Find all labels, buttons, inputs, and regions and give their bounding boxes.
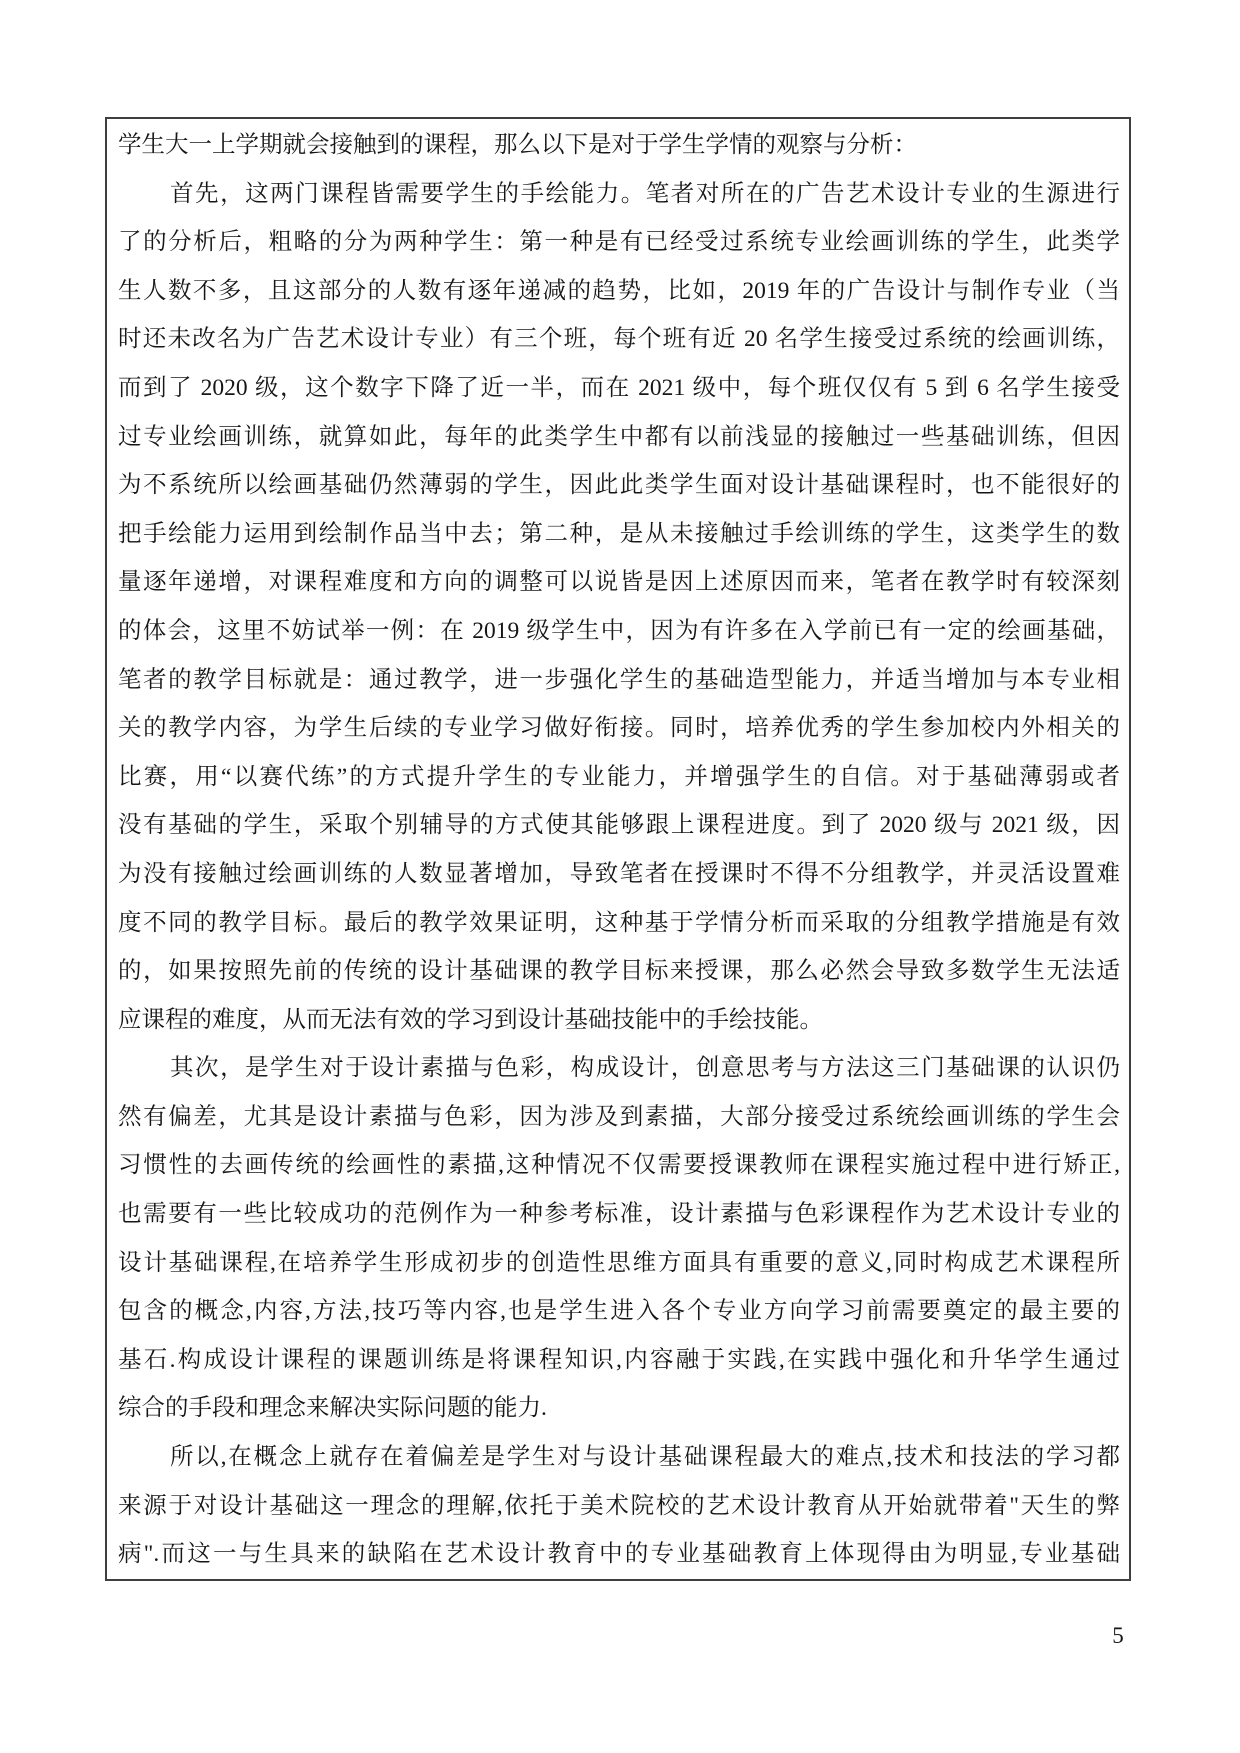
text-line: 了的分析后，粗略的分为两种学生：第一种是有已经受过系统专业绘画训练的学生，此类学	[118, 218, 1120, 267]
text-line: 的体会，这里不妨试举一例：在 2019 级学生中，因为有许多在入学前已有一定的绘…	[118, 607, 1120, 656]
text-line: 为不系统所以绘画基础仍然薄弱的学生，因此此类学生面对设计基础课程时，也不能很好的	[118, 461, 1120, 510]
content-border-box: 学生大一上学期就会接触到的课程，那么以下是对于学生学情的观察与分析：首先，这两门…	[105, 117, 1131, 1581]
text-line: 度不同的教学目标。最后的教学效果证明，这种基于学情分析而采取的分组教学措施是有效	[118, 899, 1120, 948]
text-line: 没有基础的学生，采取个别辅导的方式使其能够跟上课程进度。到了 2020 级与 2…	[118, 801, 1120, 850]
text-line: 习惯性的去画传统的绘画性的素描,这种情况不仅需要授课教师在课程实施过程中进行矫正…	[118, 1141, 1120, 1190]
text-line: 然有偏差，尤其是设计素描与色彩，因为涉及到素描，大部分接受过系统绘画训练的学生会	[118, 1093, 1120, 1142]
text-line: 来源于对设计基础这一理念的理解,依托于美术院校的艺术设计教育从开始就带着"天生的…	[118, 1482, 1120, 1531]
text-line: 基石.构成设计课程的课题训练是将课程知识,内容融于实践,在实践中强化和升华学生通…	[118, 1336, 1120, 1385]
text-line: 所以,在概念上就存在着偏差是学生对与设计基础课程最大的难点,技术和技法的学习都	[118, 1433, 1120, 1482]
text-line: 而到了 2020 级，这个数字下降了近一半，而在 2021 级中，每个班仅仅有 …	[118, 364, 1120, 413]
text-line: 其次，是学生对于设计素描与色彩，构成设计，创意思考与方法这三门基础课的认识仍	[118, 1044, 1120, 1093]
text-line: 量逐年递增，对课程难度和方向的调整可以说皆是因上述原因而来，笔者在教学时有较深刻	[118, 558, 1120, 607]
text-line: 生人数不多，且这部分的人数有逐年递减的趋势，比如，2019 年的广告设计与制作专…	[118, 267, 1120, 316]
text-line: 首先，这两门课程皆需要学生的手绘能力。笔者对所在的广告艺术设计专业的生源进行	[118, 170, 1120, 219]
text-line: 也需要有一些比较成功的范例作为一种参考标准，设计素描与色彩课程作为艺术设计专业的	[118, 1190, 1120, 1239]
text-line: 学生大一上学期就会接触到的课程，那么以下是对于学生学情的观察与分析：	[118, 121, 1120, 170]
text-line: 的，如果按照先前的传统的设计基础课的教学目标来授课，那么必然会导致多数学生无法适	[118, 947, 1120, 996]
text-line: 时还未改名为广告艺术设计专业）有三个班，每个班有近 20 名学生接受过系统的绘画…	[118, 315, 1120, 364]
text-line: 把手绘能力运用到绘制作品当中去；第二种，是从未接触过手绘训练的学生，这类学生的数	[118, 510, 1120, 559]
text-line: 综合的手段和理念来解决实际问题的能力.	[118, 1384, 1120, 1433]
text-line: 为没有接触过绘画训练的人数显著增加，导致笔者在授课时不得不分组教学，并灵活设置难	[118, 850, 1120, 899]
text-line: 设计基础课程,在培养学生形成初步的创造性思维方面具有重要的意义,同时构成艺术课程…	[118, 1239, 1120, 1288]
text-line: 病".而这一与生具来的缺陷在艺术设计教育中的专业基础教育上体现得由为明显,专业基…	[118, 1530, 1120, 1579]
text-line: 过专业绘画训练，就算如此，每年的此类学生中都有以前浅显的接触过一些基础训练，但因	[118, 413, 1120, 462]
text-line: 应课程的难度，从而无法有效的学习到设计基础技能中的手绘技能。	[118, 996, 1120, 1045]
text-line: 笔者的教学目标就是：通过教学，进一步强化学生的基础造型能力，并适当增加与本专业相	[118, 656, 1120, 705]
text-line: 比赛，用“以赛代练”的方式提升学生的专业能力，并增强学生的自信。对于基础薄弱或者	[118, 753, 1120, 802]
page-number: 5	[1104, 1622, 1132, 1650]
document-page: { "page": { "number": "5", "colors": { "…	[0, 0, 1240, 1753]
text-line: 包含的概念,内容,方法,技巧等内容,也是学生进入各个专业方向学习前需要奠定的最主…	[118, 1287, 1120, 1336]
text-line: 关的教学内容，为学生后续的专业学习做好衔接。同时，培养优秀的学生参加校内外相关的	[118, 704, 1120, 753]
